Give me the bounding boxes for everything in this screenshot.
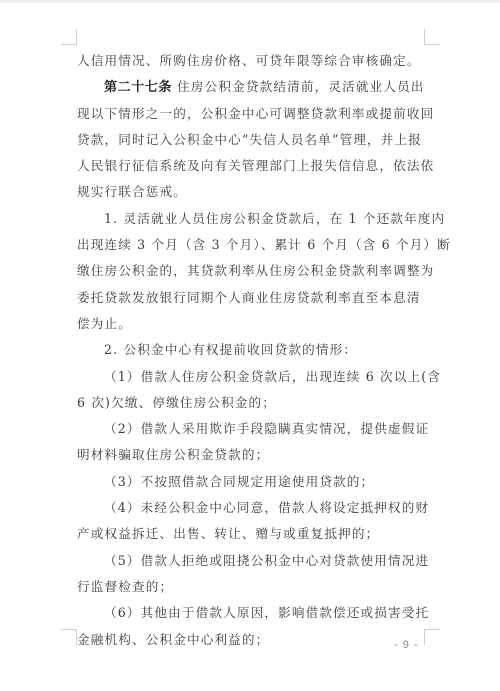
text-line: 出现连续 3 个月（含 3 个月）、累计 6 个月（含 6 个月）断: [77, 232, 427, 258]
viewer-top-edge: [0, 0, 500, 3]
line-text: 偿为止。: [77, 316, 132, 331]
crop-mark-top-left: [61, 29, 77, 45]
article-number: 第二十七条: [104, 80, 172, 95]
text-line: 明材料骗取住房公积金贷款的；: [77, 442, 427, 468]
text-line: 委托贷款发放银行同期个人商业住房贷款利率直至本息清: [77, 285, 427, 311]
line-text: （3）不按照借款合同规定用途使用贷款的；: [104, 474, 374, 489]
sub-clause-line: （3）不按照借款合同规定用途使用贷款的；: [77, 469, 427, 495]
sub-clause-line: （1）借款人住房公积金贷款后，出现连续 6 次以上(含: [77, 364, 427, 390]
text-line: 人信用情况、所购住房价格、可贷年限等综合审核确定。: [77, 48, 427, 74]
sub-clause-line: （5）借款人拒绝或阻挠公积金中心对贷款使用情况进: [77, 548, 427, 574]
document-body: 人信用情况、所购住房价格、可贷年限等综合审核确定。 第二十七条 住房公积金贷款结…: [77, 48, 427, 653]
text-line: 现以下情形之一的，公积金中心可调整贷款利率或提前收回: [77, 101, 427, 127]
text-line: 缴住房公积金的，其贷款利率从住房公积金贷款利率调整为: [77, 258, 427, 284]
line-text: 委托贷款发放银行同期个人商业住房贷款利率直至本息清: [77, 290, 421, 305]
line-text: 出现连续 3 个月（含 3 个月）、累计 6 个月（含 6 个月）断: [77, 237, 451, 252]
line-text: 住房公积金贷款结清前，灵活就业人员出: [172, 79, 425, 94]
article-heading-line: 第二十七条 住房公积金贷款结清前，灵活就业人员出: [77, 74, 427, 100]
text-line: 产或权益拆迁、出售、转让、赠与或重复抵押的；: [77, 521, 427, 547]
crop-mark-bottom-left: [61, 629, 77, 645]
line-text: 金融机构、公积金中心利益的；: [77, 632, 269, 647]
line-text: （5）借款人拒绝或阻挠公积金中心对贷款使用情况进: [104, 553, 429, 568]
line-text: 行监督检查的；: [77, 579, 173, 594]
line-text: 人信用情况、所购住房价格、可贷年限等综合审核确定。: [77, 53, 421, 68]
crop-mark-top-right: [424, 29, 440, 45]
text-line: 6 次)欠缴、停缴住房公积金的；: [77, 390, 427, 416]
line-text: 1. 灵活就业人员住房公积金贷款后，在 1 个还款年度内: [104, 211, 445, 226]
sub-clause-line: （2）借款人采用欺诈手段隐瞒真实情况，提供虚假证: [77, 416, 427, 442]
clause-line: 2. 公积金中心有权提前收回贷款的情形：: [77, 337, 427, 363]
text-line: 人民银行征信系统及向有关管理部门上报失信信息，依法依: [77, 153, 427, 179]
line-text: （2）借款人采用欺诈手段隐瞒真实情况，提供虚假证: [104, 421, 429, 436]
sub-clause-line: （4）未经公积金中心同意，借款人将设定抵押权的财: [77, 495, 427, 521]
clause-line: 1. 灵活就业人员住房公积金贷款后，在 1 个还款年度内: [77, 206, 427, 232]
line-text: 2. 公积金中心有权提前收回贷款的情形：: [104, 342, 357, 357]
text-line: 偿为止。: [77, 311, 427, 337]
page-number: - 9 -: [394, 639, 419, 651]
line-text: 现以下情形之一的，公积金中心可调整贷款利率或提前收回: [77, 106, 434, 121]
line-text: 贷款，同时记入公积金中心“失信人员名单”管理，并上报: [77, 132, 422, 147]
line-text: 明材料骗取住房公积金贷款的；: [77, 447, 269, 462]
line-text: （1）借款人住房公积金贷款后，出现连续 6 次以上(含: [104, 369, 441, 384]
line-text: 人民银行征信系统及向有关管理部门上报失信信息，依法依: [77, 158, 434, 173]
line-text: （4）未经公积金中心同意，借款人将设定抵押权的财: [104, 500, 429, 515]
line-text: 产或权益拆迁、出售、转让、赠与或重复抵押的；: [77, 526, 379, 541]
text-line: 金融机构、公积金中心利益的；: [77, 627, 427, 653]
text-line: 贷款，同时记入公积金中心“失信人员名单”管理，并上报: [77, 127, 427, 153]
text-line: 行监督检查的；: [77, 574, 427, 600]
line-text: 缴住房公积金的，其贷款利率从住房公积金贷款利率调整为: [77, 263, 434, 278]
line-text: （6）其他由于借款人原因，影响借款偿还或损害受托: [104, 605, 429, 620]
text-line: 规实行联合惩戒。: [77, 179, 427, 205]
line-text: 规实行联合惩戒。: [77, 184, 187, 199]
sub-clause-line: （6）其他由于借款人原因，影响借款偿还或损害受托: [77, 600, 427, 626]
line-text: 6 次)欠缴、停缴住房公积金的；: [77, 395, 276, 410]
